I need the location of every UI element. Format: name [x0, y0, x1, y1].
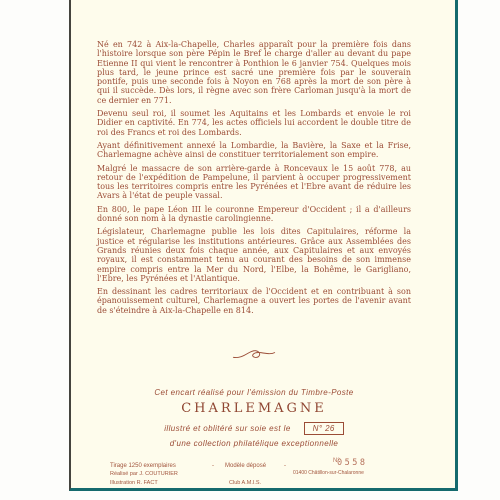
club-name: Club A.M.I.S. [229, 480, 261, 486]
serial-number-value: 0558 [337, 458, 367, 468]
print-run: Tirage 1250 exemplaires [110, 463, 176, 469]
imprint-separator: - [284, 463, 286, 469]
scanned-document: Né en 742 à Aix-la-Chapelle, Charles app… [0, 0, 500, 500]
producer: Réalisé par J. COUTURIER [110, 471, 178, 477]
registered-model: Modèle déposé [225, 463, 266, 469]
encart-page: Né en 742 à Aix-la-Chapelle, Charles app… [69, 0, 458, 491]
illustrator: Illustration R. FACT [110, 480, 158, 486]
address: 01400 Châtillon-sur-Chalaronne [293, 470, 364, 476]
imprint-separator: - [212, 463, 214, 469]
imprint: Tirage 1250 exemplaires Réalisé par J. C… [71, 0, 455, 488]
